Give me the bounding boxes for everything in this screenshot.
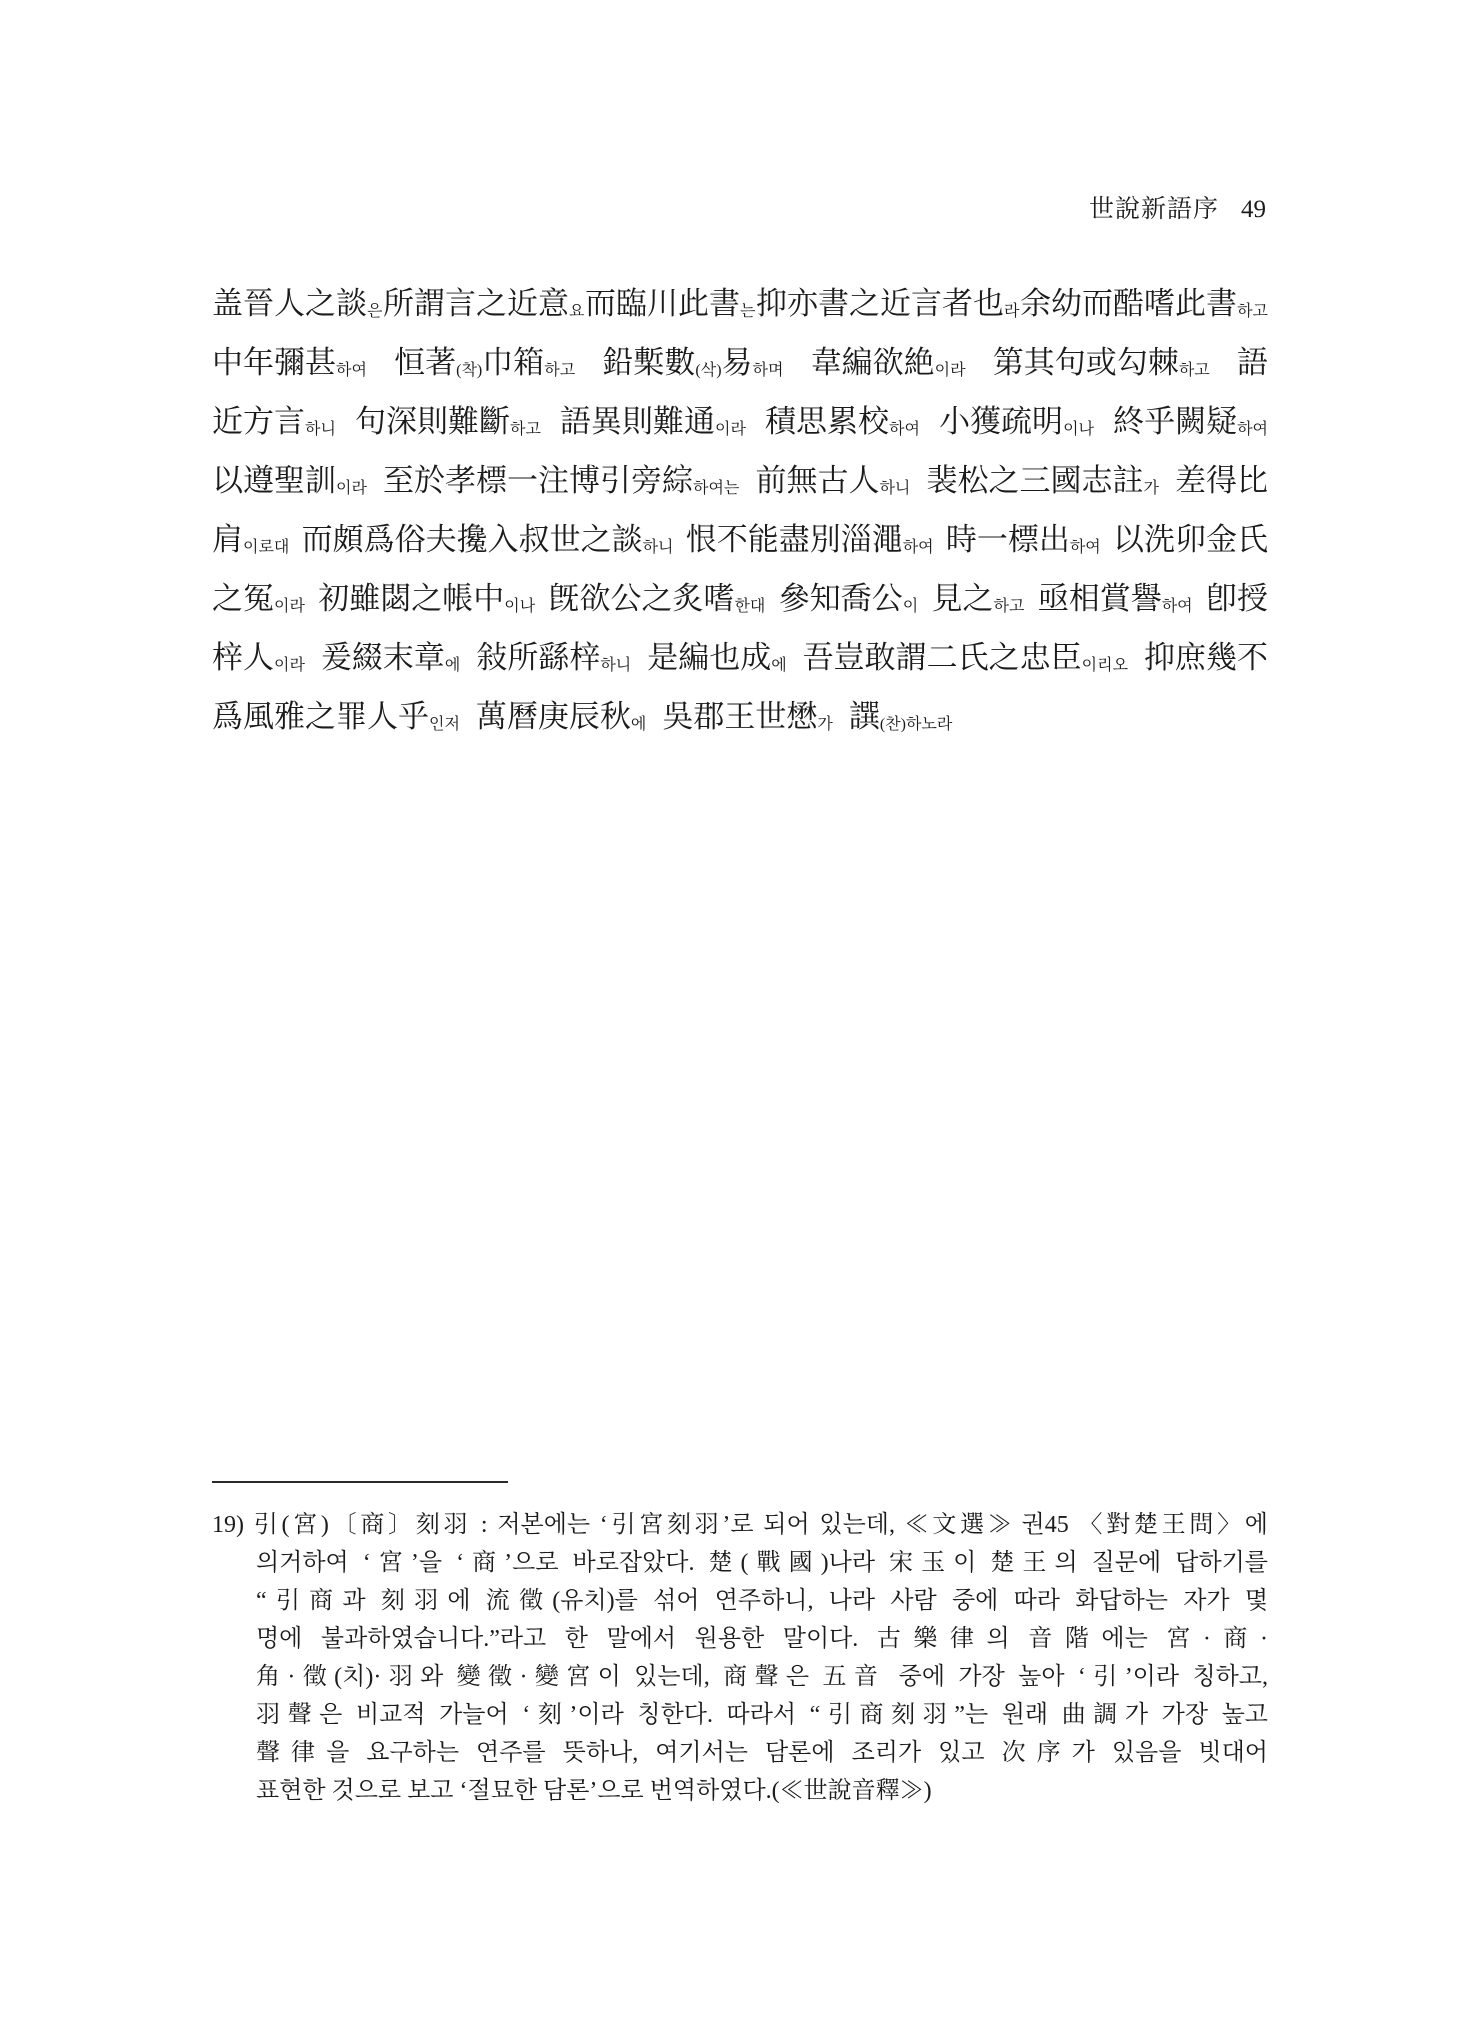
hanja-run: 中年彌甚 [212,345,336,380]
text-phrase: 終乎闕疑하여 [1113,392,1268,459]
gugyeol-run: 요 [569,303,584,320]
gugyeol-run: 이리오 [1082,657,1128,674]
text-phrase: 裴松之三國志註가 [926,451,1158,518]
body-line: 近方言하니句深則難斷하고語異則難通이라積思累校하여小獲疏明이나終乎闕疑하여 [212,392,1268,451]
text-phrase: 之冤이라 [212,569,305,636]
hanja-run: 初雖閟之帳中 [318,581,504,616]
text-phrase: 旣欲公之炙嗜한대 [548,569,765,636]
hanja-run: 而頗爲俗夫攙入叔世之談 [302,522,643,557]
text-phrase: 卽授 [1206,569,1268,628]
gugyeol-run: 이라 [715,421,746,438]
text-phrase: 差得比 [1175,451,1268,510]
gugyeol-run: 이라 [336,480,367,497]
hanja-run: 抑庶幾不 [1144,640,1268,675]
gugyeol-run: 하니 [643,539,674,556]
hanja-run: 以洗卯金氏 [1113,522,1268,557]
text-phrase: 句深則難斷하고 [355,392,541,459]
text-phrase: 亟相賞譽하여 [1038,569,1193,636]
hanja-run: 易 [722,345,753,380]
hanja-run: 語 [1237,345,1268,380]
gugyeol-run: 하고 [1237,303,1268,320]
hanja-run: 吳郡王世懋 [662,699,817,734]
text-phrase: 爲風雅之罪人乎인저 [212,687,460,754]
gugyeol-run: 이나 [504,598,535,615]
footnote-line: 羽聲은 비교적 가늘어 ‘刻’이라 칭한다. 따라서 “引商刻羽”는 원래 曲調… [256,1696,1268,1734]
footnote-line: 19) 引(宮)〔商〕刻羽 : 저본에는 ‘引宮刻羽’로 되어 있는데, ≪文選… [212,1506,1268,1544]
hanja-run: 語異則難通 [560,404,715,439]
text-phrase: 爰綴末章에 [321,628,460,695]
gugyeol-run: 하니 [879,480,910,497]
text-phrase: 第其句或勾棘하고 [993,333,1210,400]
hanja-run: 所謂言之近意 [383,286,569,321]
gugyeol-run: 하여 [1237,421,1268,438]
footnote-line: “引商과 刻羽에 流徵(유치)를 섞어 연주하니, 나라 사람 중에 따라 화답… [256,1582,1268,1620]
body-line: 中年彌甚하여恒著(착)巾箱하고鉛槧數(삭)易하며韋編欲絶이라第其句或勾棘하고語 [212,333,1268,392]
text-phrase: 前無古人하니 [755,451,910,518]
body-line: 以遵聖訓이라至於孝標一注博引旁綜하여는前無古人하니裴松之三國志註가差得比 [212,451,1268,510]
gugyeol-run: 이나 [1063,421,1094,438]
hanja-run: 小獲疏明 [939,404,1063,439]
text-phrase: 吾豈敢謂二氏之忠臣이리오 [803,628,1128,695]
footnote-divider [212,1481,508,1483]
hanja-run: 卽授 [1206,581,1268,616]
hanja-run: 終乎闕疑 [1113,404,1237,439]
body-line: 之冤이라初雖閟之帳中이나旣欲公之炙嗜한대參知喬公이見之하고亟相賞譽하여卽授 [212,569,1268,628]
gugyeol-run: 은 [367,303,382,320]
text-phrase: 恒著(착)巾箱하고 [394,333,575,400]
gugyeol-run: 이라 [274,657,305,674]
gugyeol-run: (찬)하노라 [880,716,952,733]
hanja-run: 肩 [212,522,243,557]
hanja-run: 恨不能盡別淄澠 [686,522,903,557]
text-phrase: 以遵聖訓이라 [212,451,367,518]
text-phrase: 韋編欲絶이라 [811,333,966,400]
gugyeol-run: 에 [771,657,786,674]
hanja-run: 見之 [931,581,993,616]
text-phrase: 譔(찬)하노라 [849,687,952,754]
gugyeol-run: 인저 [429,716,460,733]
text-phrase: 吳郡王世懋가 [662,687,832,754]
hanja-run: 前無古人 [755,463,879,498]
text-phrase: 而頗爲俗夫攙入叔世之談하니 [302,510,674,577]
gugyeol-run: 에 [445,657,460,674]
hanja-run: 以遵聖訓 [212,463,336,498]
footnote-line: 角·徵(치)·羽와 變徵·變宮이 있는데, 商聲은 五音 중에 가장 높아 ‘引… [256,1658,1268,1696]
text-phrase: 至於孝標一注博引旁綜하여는 [383,451,739,518]
text-phrase: 所謂言之近意요 [383,274,584,341]
hanja-run: 抑亦書之近言者也 [756,286,1004,321]
gugyeol-run: 하여 [1070,539,1101,556]
running-header: 世說新語序49 [1089,196,1266,223]
text-phrase: 余幼而酷嗜此書하고 [1020,274,1268,341]
gugyeol-run: 이라 [935,362,966,379]
hanja-run: 韋編欲絶 [811,345,935,380]
gugyeol-run: 하고 [1179,362,1210,379]
gugyeol-run: 하고 [544,362,575,379]
hanja-run: 時一標出 [946,522,1070,557]
hanja-run: 句深則難斷 [355,404,510,439]
hanja-run: 第其句或勾棘 [993,345,1179,380]
hanja-run: 敍所繇梓 [476,640,600,675]
hanja-run: 裴松之三國志註 [926,463,1143,498]
text-phrase: 中年彌甚하여 [212,333,367,400]
text-phrase: 而臨川此書는 [585,274,755,341]
gugyeol-run: 하여 [1162,598,1193,615]
hanja-run: 之冤 [212,581,274,616]
gugyeol-run: (착) [456,362,482,379]
body-line: 梓人이라爰綴末章에敍所繇梓하니是編也成에吾豈敢謂二氏之忠臣이리오抑庶幾不 [212,628,1268,687]
hanja-run: 至於孝標一注博引旁綜 [383,463,693,498]
hanja-run: 差得比 [1175,463,1268,498]
hanja-run: 盖晉人之談 [212,286,367,321]
hanja-run: 而臨川此書 [585,286,740,321]
footnote-line: 명에 불과하였습니다.”라고 한 말에서 원용한 말이다. 古樂律의 音階에는 … [256,1620,1268,1658]
text-phrase: 時一標出하여 [946,510,1101,577]
gugyeol-run: 가 [817,716,832,733]
hanja-run: 近方言 [212,404,305,439]
hanja-run: 吾豈敢謂二氏之忠臣 [803,640,1082,675]
main-text: 盖晉人之談은所謂言之近意요而臨川此書는抑亦書之近言者也라余幼而酷嗜此書하고中年彌… [212,274,1268,746]
gugyeol-run: 라 [1004,303,1019,320]
text-phrase: 近方言하니 [212,392,336,459]
gugyeol-run: (삭) [695,362,721,379]
footnote-line: 표현한 것으로 보고 ‘절묘한 담론’으로 번역하였다.(≪世說音釋≫) [256,1772,1268,1810]
gugyeol-run: 이 [903,598,918,615]
body-line: 盖晉人之談은所謂言之近意요而臨川此書는抑亦書之近言者也라余幼而酷嗜此書하고 [212,274,1268,333]
page-number: 49 [1241,196,1266,223]
hanja-run: 爲風雅之罪人乎 [212,699,429,734]
footnote-line: 의거하여 ‘宮’을 ‘商’으로 바로잡았다. 楚(戰國)나라 宋玉이 楚王의 질… [256,1544,1268,1582]
gugyeol-run: 가 [1143,480,1158,497]
text-phrase: 敍所繇梓하니 [476,628,631,695]
gugyeol-run: 하여는 [693,480,739,497]
hanja-run: 恒著 [394,345,456,380]
text-phrase: 語 [1237,333,1268,392]
body-line: 爲風雅之罪人乎인저萬曆庚辰秋에吳郡王世懋가譔(찬)하노라 [212,687,1268,746]
gugyeol-run: 하고 [510,421,541,438]
gugyeol-run: 이라 [274,598,305,615]
text-phrase: 肩이로대 [212,510,289,577]
text-phrase: 是編也成에 [647,628,786,695]
text-phrase: 抑亦書之近言者也라 [756,274,1019,341]
hanja-run: 巾箱 [482,345,544,380]
text-phrase: 鉛槧數(삭)易하며 [602,333,783,400]
text-phrase: 小獲疏明이나 [939,392,1094,459]
text-phrase: 梓人이라 [212,628,305,695]
hanja-run: 爰綴末章 [321,640,445,675]
hanja-run: 梓人 [212,640,274,675]
body-line: 肩이로대而頗爲俗夫攙入叔世之談하니恨不能盡別淄澠하여時一標出하여以洗卯金氏 [212,510,1268,569]
hanja-run: 旣欲公之炙嗜 [548,581,734,616]
hanja-run: 余幼而酷嗜此書 [1020,286,1237,321]
gugyeol-run: 하여 [889,421,920,438]
footnote-block: 19) 引(宮)〔商〕刻羽 : 저본에는 ‘引宮刻羽’로 되어 있는데, ≪文選… [212,1506,1268,1810]
gugyeol-run: 하며 [753,362,784,379]
hanja-run: 萬曆庚辰秋 [476,699,631,734]
gugyeol-run: 에 [631,716,646,733]
gugyeol-run: 하여 [336,362,367,379]
gugyeol-run: 한대 [734,598,765,615]
text-phrase: 語異則難通이라 [560,392,746,459]
text-phrase: 初雖閟之帳中이나 [318,569,535,636]
text-phrase: 盖晉人之談은 [212,274,382,341]
footnote-line: 聲律을 요구하는 연주를 뜻하나, 여기서는 담론에 조리가 있고 次序가 있음… [256,1734,1268,1772]
hanja-run: 積思累校 [765,404,889,439]
text-phrase: 見之하고 [931,569,1024,636]
text-phrase: 以洗卯金氏 [1113,510,1268,569]
text-phrase: 抑庶幾不 [1144,628,1268,687]
gugyeol-run: 하니 [305,421,336,438]
gugyeol-run: 하여 [903,539,934,556]
page: 世說新語序49 盖晉人之談은所謂言之近意요而臨川此書는抑亦書之近言者也라余幼而酷… [0,0,1480,2024]
hanja-run: 參知喬公 [779,581,903,616]
running-header-title: 世說新語序 [1089,196,1219,223]
gugyeol-run: 하니 [600,657,631,674]
hanja-run: 鉛槧數 [602,345,695,380]
hanja-run: 是編也成 [647,640,771,675]
text-phrase: 參知喬公이 [779,569,918,636]
text-phrase: 萬曆庚辰秋에 [476,687,646,754]
gugyeol-run: 는 [740,303,755,320]
hanja-run: 譔 [849,699,880,734]
hanja-run: 亟相賞譽 [1038,581,1162,616]
text-phrase: 積思累校하여 [765,392,920,459]
text-phrase: 恨不能盡別淄澠하여 [686,510,934,577]
gugyeol-run: 이로대 [243,539,289,556]
gugyeol-run: 하고 [993,598,1024,615]
